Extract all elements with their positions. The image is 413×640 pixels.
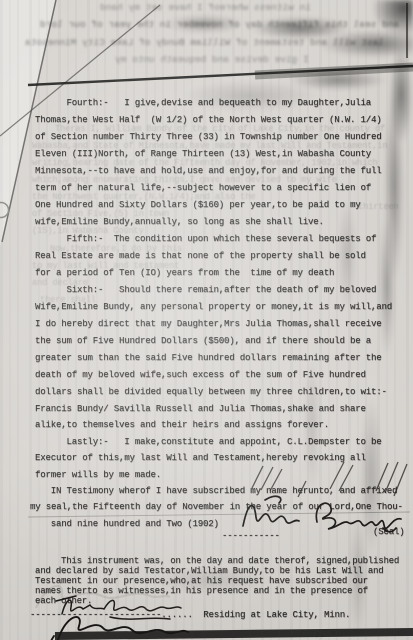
will-line: Eleven (III)North, of Range Thirteen (13… — [35, 149, 371, 159]
will-line: One Hundred and Sixty Dollars ($160) per… — [35, 200, 361, 210]
will-line: my seal,the Fifteenth day of November in… — [30, 502, 403, 512]
attestation-line: and declared by said Testator,William Bu… — [35, 566, 383, 576]
attestation-line: Testament in our presence,who,at his req… — [35, 576, 368, 586]
bleedthrough-line: I give devise and bequeath unto my — [115, 54, 309, 65]
attestation-line: names therto as witnesses,in his presenc… — [35, 586, 368, 596]
will-line: Executor of this,my last Will and Testam… — [35, 453, 366, 463]
ghost-text: thirteen — [358, 202, 399, 212]
signature-witness2 — [50, 617, 188, 640]
will-line: death of my beloved wife,such excess of … — [35, 370, 366, 380]
will-line: dollars shall be divided equally between… — [35, 387, 387, 397]
bottom-edge-band — [55, 632, 413, 636]
will-line: Francis Bundy/ Savilla Russell and Julia… — [35, 404, 366, 414]
attestation-line: each other. — [35, 596, 92, 606]
will-line: IN Testimony wherof I have subscribed my… — [35, 486, 397, 496]
will-line: of Section number Thirty Three (33) in T… — [35, 132, 382, 142]
scanned-document-page: in witness whereof I have set my hand an… — [0, 0, 413, 640]
ghost-text: City, Minn. — [300, 629, 356, 639]
will-line: wife,Emiline Bundy,annually, so long as … — [35, 217, 324, 227]
will-line: Minnesota,--to have and hold,use and enj… — [35, 166, 382, 176]
attestation-line: This instrument was, on the day and date… — [35, 556, 399, 566]
will-line: alike,to themselves and their heirs and … — [35, 420, 329, 430]
will-line: Wife,Emiline Bundy, any personal propert… — [35, 302, 392, 312]
will-line: Sixth:- Should there remain,after the de… — [35, 285, 376, 295]
will-line: Fifth:- The condition upon which these s… — [35, 234, 376, 244]
bleedthrough-line: last will and testament of William Bundy… — [25, 37, 384, 48]
bleedthrough-line: and seal this fifteenth day of november … — [40, 19, 399, 30]
witness-residence-line: -------------------------...... Residing… — [30, 610, 350, 620]
page-edge-smudge — [255, 67, 413, 75]
will-line: greater sum than the said Five hundred d… — [35, 353, 382, 363]
will-line: I do hereby direct that my Daughter,Mrs … — [35, 319, 382, 329]
will-line: Thomas,the West Half (W 1/2) of the Nort… — [35, 115, 382, 125]
seal-label: (Seal) — [373, 527, 405, 537]
page-edge-line — [28, 66, 413, 85]
will-line: for a period of Ten (IO) years from the … — [35, 268, 334, 278]
will-line: Lastly:- I make,constitute and appoint, … — [35, 437, 382, 447]
will-line: Real Estate are made is that none of the… — [35, 251, 366, 261]
will-line: the sum of Five Hundred Dollars ($500), … — [35, 336, 371, 346]
faint-rule — [28, 512, 410, 517]
will-line: term of her natural life,--subject howev… — [35, 183, 371, 193]
signature-rule-dashes: ----------- — [222, 531, 280, 541]
bleedthrough-line: in witness whereof I have set my hand — [100, 2, 311, 13]
will-line: former wills by me made. — [35, 470, 161, 480]
will-line: Fourth:- I give,devise and bequeath to m… — [35, 98, 371, 108]
will-line: sand nine hundred and Two (1902) — [35, 519, 219, 529]
